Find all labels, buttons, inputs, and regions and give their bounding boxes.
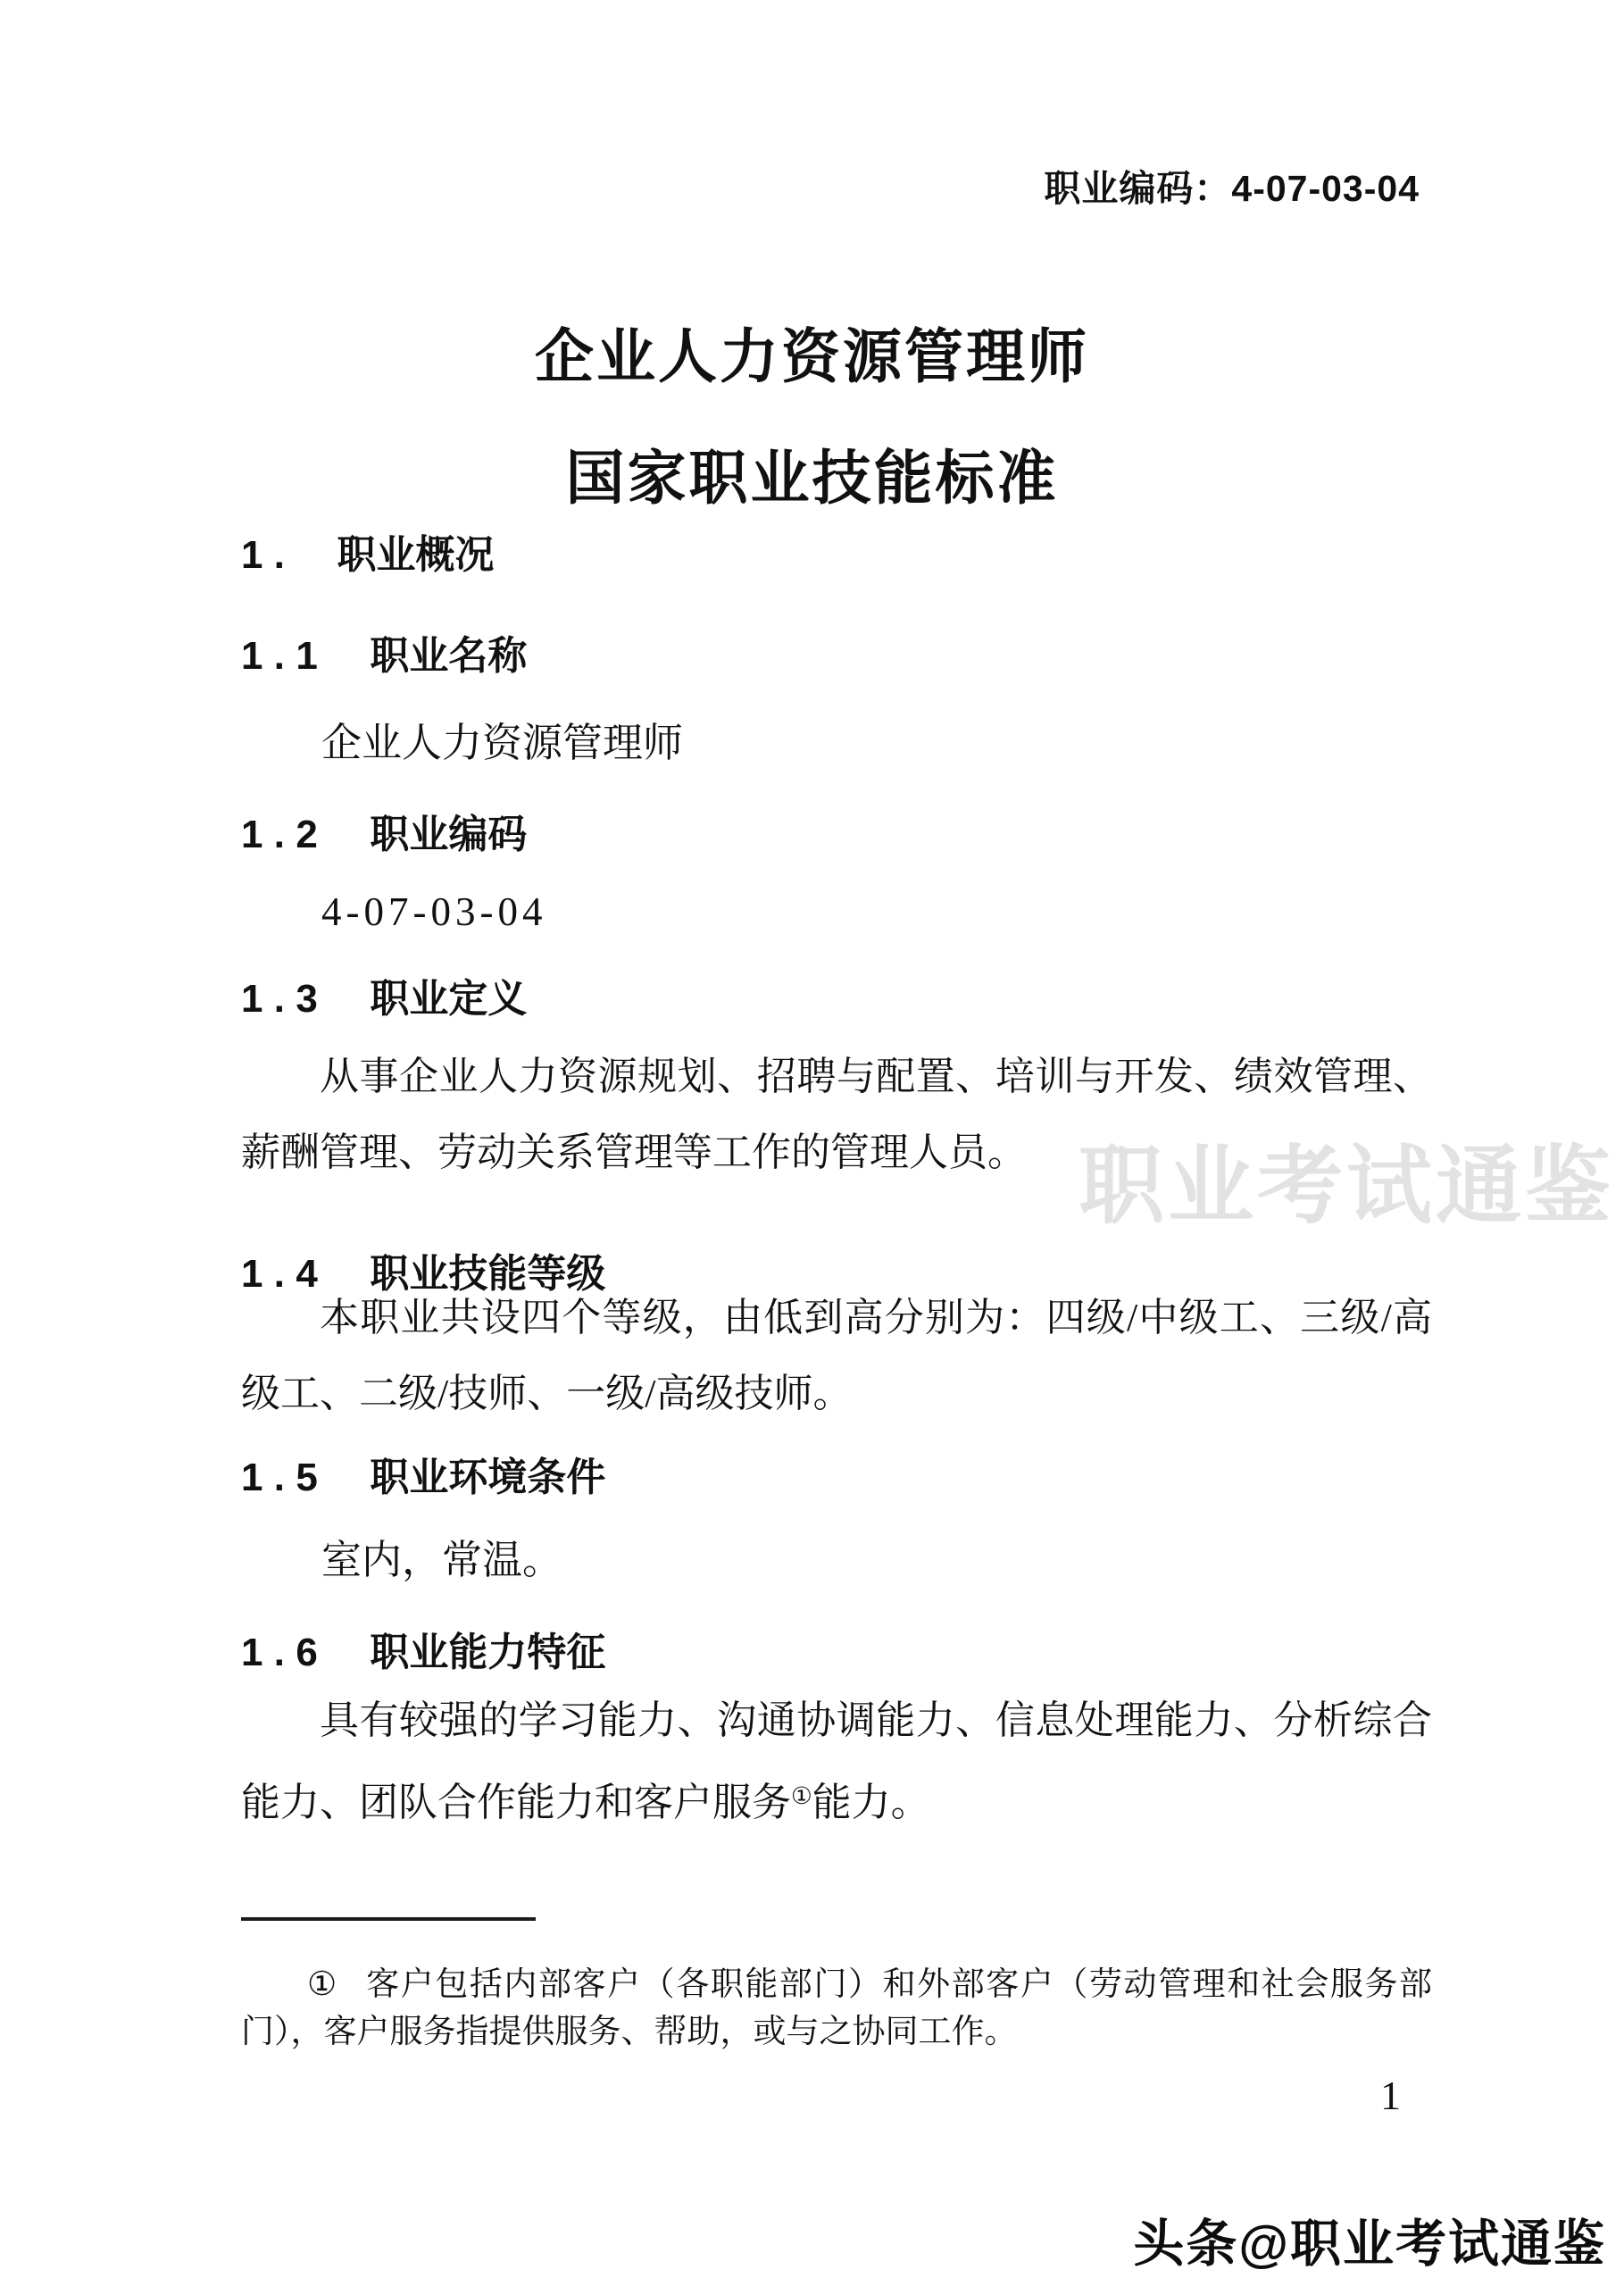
- section-label: 职业定义: [370, 977, 527, 1021]
- section-number: 1.6: [241, 1631, 329, 1674]
- occupation-definition-paragraph: 从事企业人力资源规划、招聘与配置、培训与开发、绩效管理、薪酬管理、劳动关系管理等…: [241, 1039, 1432, 1190]
- footnote-separator-line: [241, 1917, 536, 1921]
- document-page: 职业考试通鉴 职业编码：4-07-03-04 企业人力资源管理师 国家职业技能标…: [0, 0, 1624, 2278]
- section-heading-1-5: 1.5职业环境条件: [241, 1445, 605, 1502]
- footnote-text: ①客户包括内部客户（各职能部门）和外部客户（劳动管理和社会服务部门），客户服务指…: [241, 1961, 1432, 2056]
- section-label: 职业环境条件: [370, 1456, 605, 1499]
- section-label: 职业编码: [370, 813, 527, 856]
- section-heading-1-3: 1.3职业定义: [241, 966, 527, 1023]
- section-number: 1.3: [241, 977, 329, 1021]
- occupation-code-text: 4-07-03-04: [321, 889, 546, 935]
- footnote-marker: ①: [307, 1966, 338, 2003]
- section-number: 1.5: [241, 1456, 329, 1499]
- section-heading-1-1: 1.1职业名称: [241, 623, 527, 680]
- section-number: 1.2: [241, 813, 329, 856]
- footnote-body: 客户包括内部客户（各职能部门）和外部客户（劳动管理和社会服务部门），客户服务指提…: [241, 1966, 1432, 2050]
- page-number: 1: [1380, 2072, 1401, 2119]
- ability-text-after: 能力。: [812, 1781, 930, 1824]
- skill-levels-paragraph: 本职业共设四个等级，由低到高分别为：四级/中级工、三级/高级工、二级/技师、一级…: [241, 1280, 1432, 1431]
- document-title-line1: 企业人力资源管理师: [0, 309, 1624, 394]
- ability-paragraph: 具有较强的学习能力、沟通协调能力、信息处理能力、分析综合能力、团队合作能力和客户…: [241, 1682, 1432, 1840]
- section-heading-1-2: 1.2职业编码: [241, 802, 527, 859]
- source-credit-watermark: 头条@职业考试通鉴: [1133, 2203, 1606, 2276]
- header-occupation-code: 职业编码：4-07-03-04: [1044, 159, 1420, 212]
- occupation-name-text: 企业人力资源管理师: [321, 710, 683, 768]
- section-number: 1.1: [241, 634, 329, 678]
- section-number: 1.: [241, 533, 296, 577]
- section-heading-1: 1.职业概况: [241, 522, 495, 580]
- footnote-reference-mark: ①: [791, 1782, 812, 1809]
- environment-text: 室内，常温。: [321, 1527, 562, 1585]
- document-title-line2: 国家职业技能标准: [0, 430, 1624, 515]
- section-heading-1-6: 1.6职业能力特征: [241, 1620, 605, 1677]
- section-label: 职业能力特征: [370, 1631, 605, 1674]
- section-label: 职业概况: [337, 533, 495, 577]
- section-label: 职业名称: [370, 634, 527, 678]
